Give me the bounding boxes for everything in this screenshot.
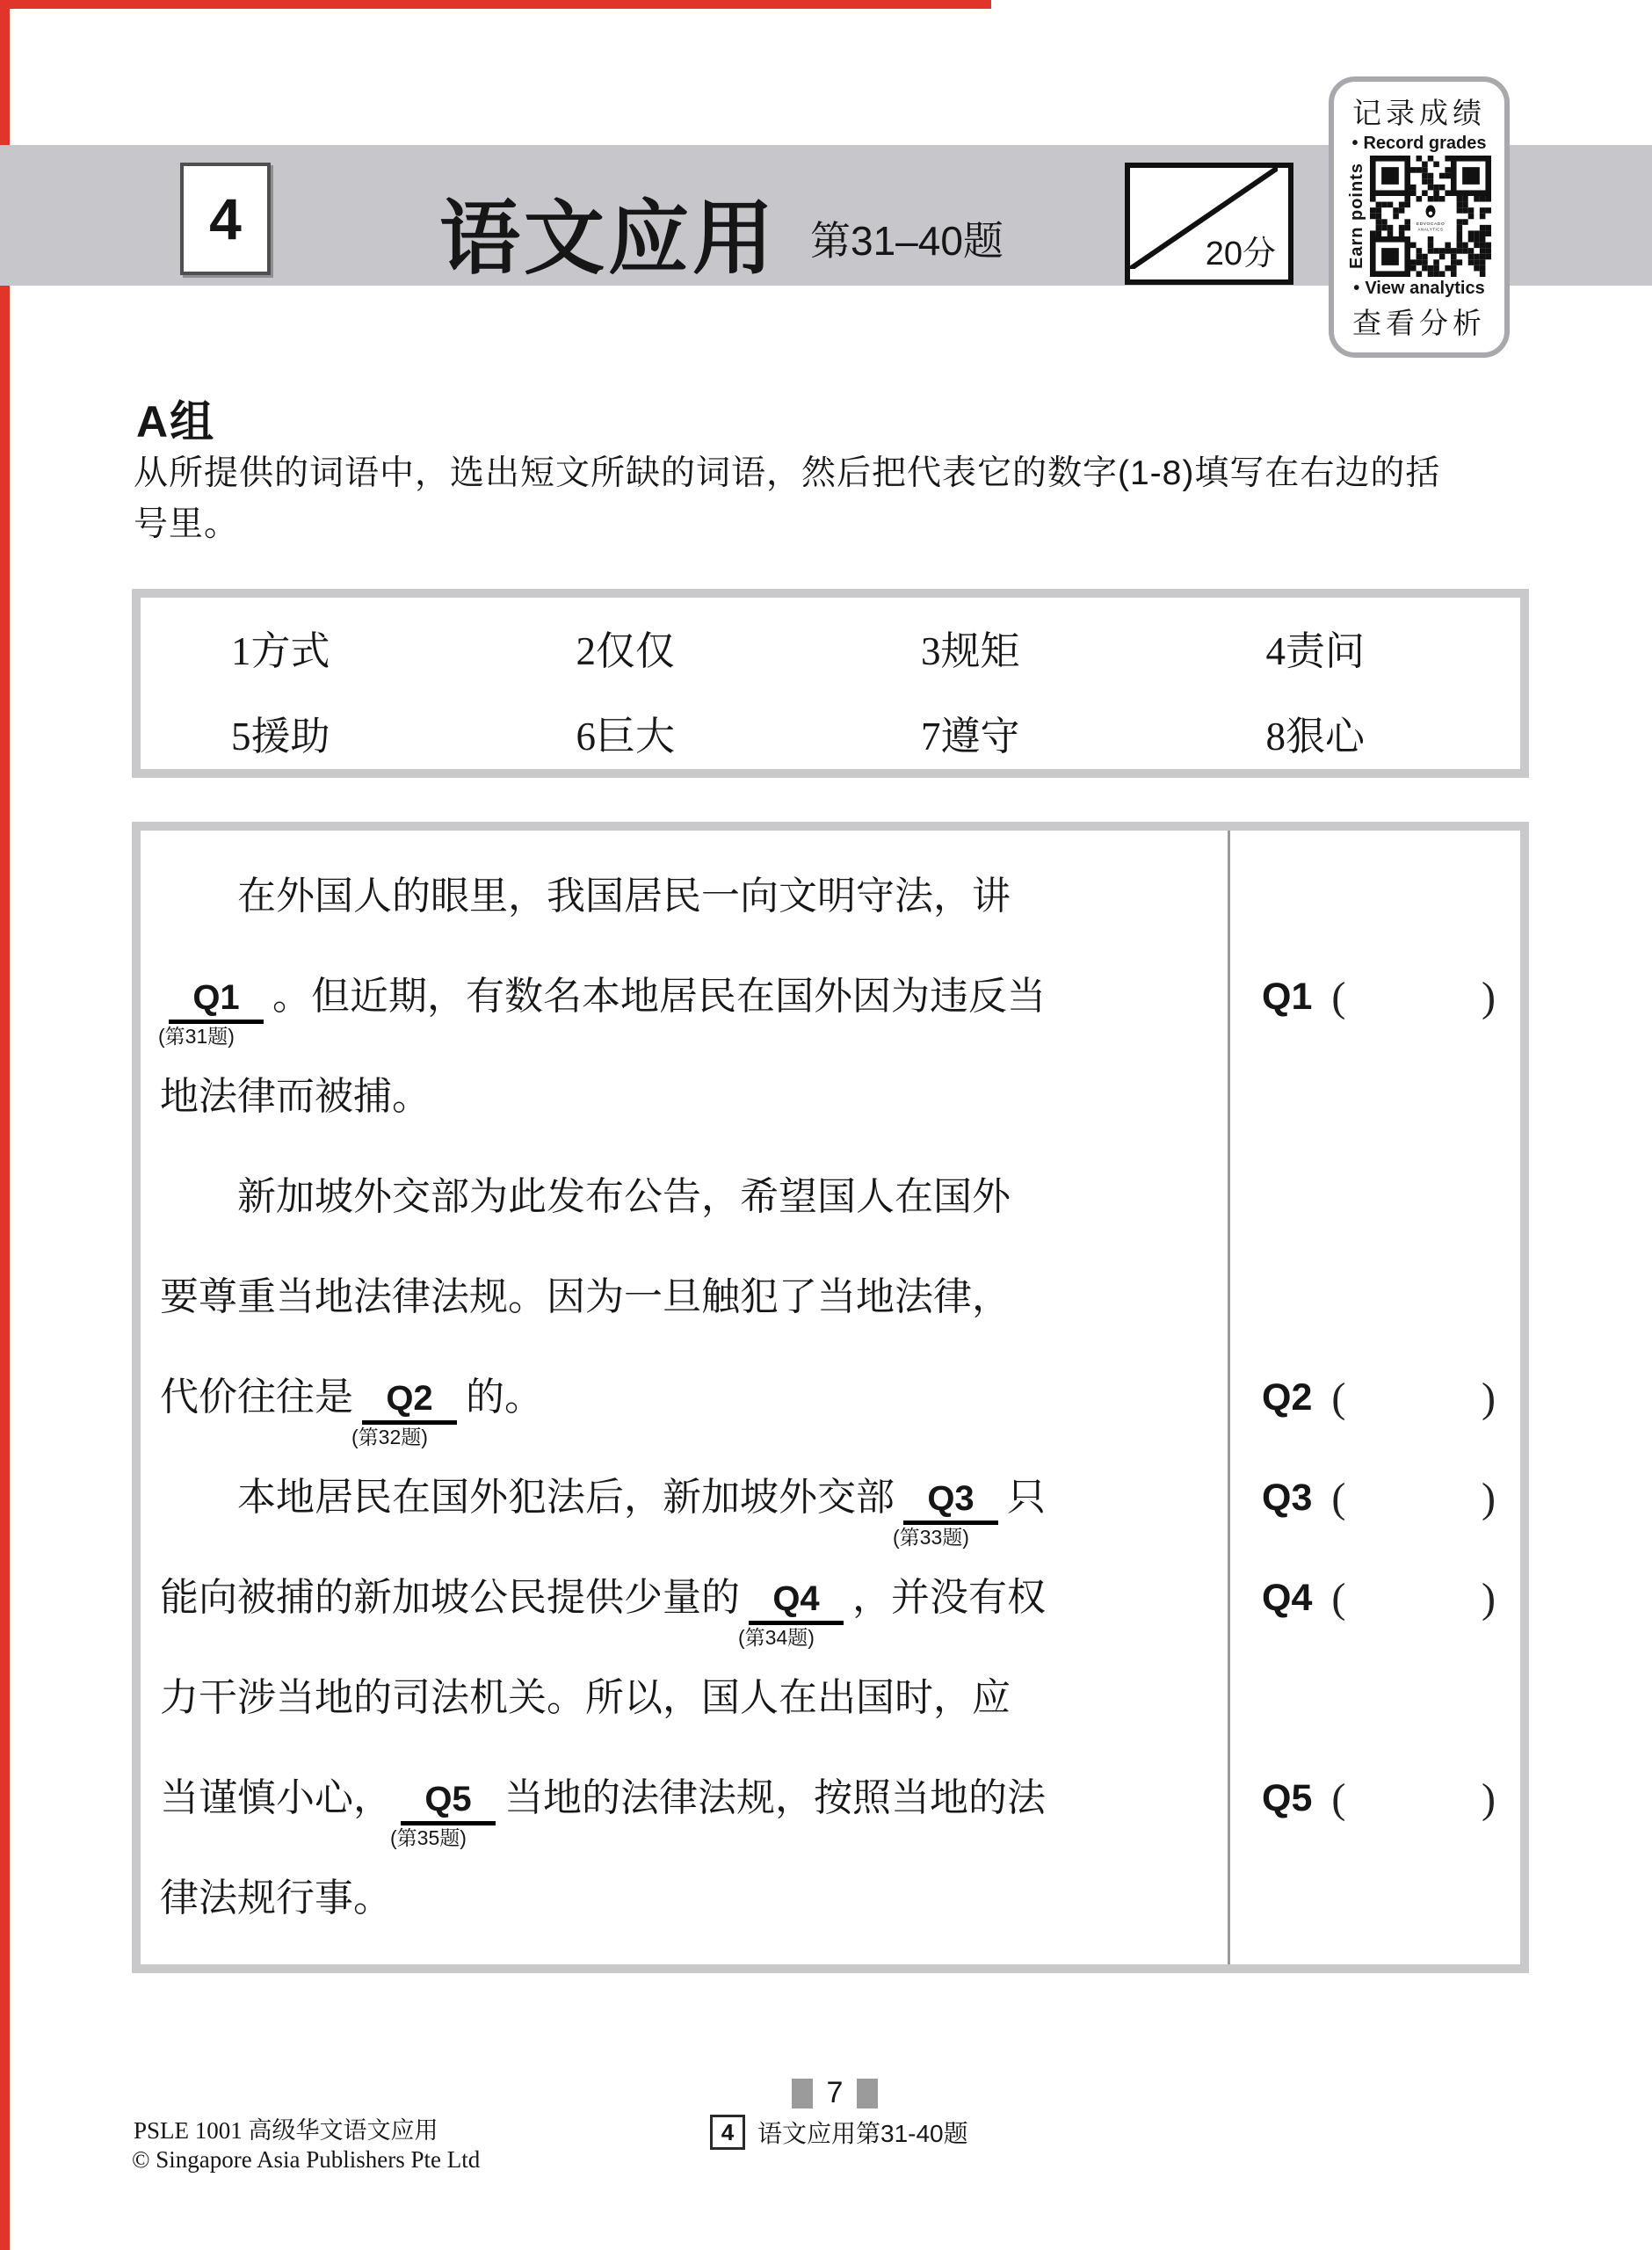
page-indicator-square-left [792, 2079, 813, 2108]
passage-text: ，并没有权 [852, 1576, 1046, 1619]
page-number: 7 [827, 2076, 844, 2110]
word-bank-box: 1方式2仅仅3规矩4责问5援助6巨大7遵守8狠心 [132, 589, 1529, 778]
passage-line-3: 地法律而被捕。 [160, 1047, 1228, 1147]
instructions-line-2: 号里。 [134, 499, 239, 550]
passage-text: 地法律而被捕。 [160, 1075, 431, 1118]
answer-paren-close: ) [1482, 1374, 1496, 1422]
blank-question-note: (第31题) [158, 1025, 235, 1048]
qr-middle-row: Earn points EDVOCADOANALYTICS [1347, 156, 1491, 277]
qr-bottom-cn: 查看分析 [1352, 301, 1486, 342]
passage-text: 只 [1007, 1476, 1046, 1519]
answer-paren-close: ) [1482, 1775, 1496, 1823]
answer-paren-open: ( [1331, 1775, 1345, 1823]
word-bank-item-1: 1方式 [141, 605, 486, 690]
qr-code-icon: EDVOCADOANALYTICS [1370, 156, 1491, 277]
page-title: 语文应用 [439, 174, 777, 290]
workbook-page: 4 语文应用 第31–40题 20分 记录成绩 •Record grades E… [0, 0, 1652, 2250]
passage-blank-q1: Q1(第31题) [169, 976, 264, 1024]
passage-text: 当地的法律法规，按照当地的法 [504, 1776, 1046, 1819]
passage-text: 能向被捕的新加坡公民提供少量的 [160, 1576, 740, 1619]
footer-book-title: PSLE 1001 高级华文语文应用 [134, 2111, 438, 2145]
passage-line-6: 代价往往是Q2(第32题)的。 [160, 1347, 1228, 1448]
section-label: A组 [136, 387, 215, 450]
passage-line-2: Q1(第31题)。但近期，有数名本地居民在国外因为违反当 [160, 947, 1228, 1047]
answer-paren-open: ( [1331, 973, 1345, 1021]
passage-line-5: 要尊重当地法律法规。因为一旦触犯了当地法律， [160, 1247, 1228, 1347]
passage-text: 新加坡外交部为此发布公告，希望国人在国外 [237, 1175, 1011, 1218]
word-bank-grid: 1方式2仅仅3规矩4责问5援助6巨大7遵守8狠心 [141, 598, 1520, 775]
answer-label: Q3 [1262, 1477, 1312, 1520]
passage-column: 在外国人的眼里，我国居民一向文明守法，讲Q1(第31题)。但近期，有数名本地居民… [141, 831, 1228, 1964]
passage-text: 律法规行事。 [160, 1876, 392, 1920]
answer-row-q4: Q4() [1230, 1548, 1520, 1648]
page-indicator-square-right [857, 2079, 878, 2108]
blank-question-note: (第32题) [351, 1426, 428, 1448]
passage-line-7: 本地居民在国外犯法后，新加坡外交部Q3(第33题)只 [160, 1448, 1228, 1548]
page-edge-red-left [0, 0, 10, 2250]
word-bank-item-3: 3规矩 [830, 605, 1176, 690]
answer-paren-close: ) [1482, 973, 1496, 1021]
answer-paren-close: ) [1482, 1574, 1496, 1622]
answer-row-q5: Q5() [1230, 1748, 1520, 1848]
passage-blank-q5: Q5(第35题) [401, 1777, 496, 1825]
svg-text:EDVOCADO: EDVOCADO [1417, 221, 1445, 227]
answer-paren-open: ( [1331, 1474, 1345, 1522]
word-bank-item-7: 7遵守 [830, 690, 1176, 775]
answer-paren-open: ( [1331, 1574, 1345, 1622]
footer-section-title: 语文应用第31-40题 [757, 2115, 968, 2150]
passage-text: 当谨慎小心， [160, 1776, 392, 1819]
answer-paren-close: ) [1482, 1474, 1496, 1522]
passage-blank-q3: Q3(第33题) [903, 1477, 998, 1525]
qr-badge: 记录成绩 •Record grades Earn points EDVOCADO… [1329, 76, 1510, 358]
answer-column: Q1()Q2()Q3()Q4()Q5() [1228, 831, 1520, 1964]
passage-text: 代价往往是 [160, 1375, 353, 1419]
passage-line-1: 在外国人的眼里，我国居民一向文明守法，讲 [160, 846, 1228, 947]
passage-text: 本地居民在国外犯法后，新加坡外交部 [237, 1476, 895, 1519]
qr-earn-points-label: Earn points [1347, 163, 1367, 269]
qr-view-analytics-label: •View analytics [1353, 279, 1484, 299]
answer-paren-open: ( [1331, 1374, 1345, 1422]
page-edge-red-top [0, 0, 991, 9]
answer-row-q2: Q2() [1230, 1347, 1520, 1448]
passage-text: 在外国人的眼里，我国居民一向文明守法，讲 [237, 875, 1011, 918]
passage-text: 要尊重当地法律法规。因为一旦触犯了当地法律， [160, 1275, 1011, 1318]
blank-question-note: (第34题) [738, 1626, 815, 1649]
unit-number: 4 [209, 185, 242, 252]
passage-box: 在外国人的眼里，我国居民一向文明守法，讲Q1(第31题)。但近期，有数名本地居民… [132, 822, 1529, 1973]
instructions-line-1: 从所提供的词语中，选出短文所缺的词语，然后把代表它的数字(1-8)填写在右边的括 [134, 448, 1440, 499]
qr-title-cn: 记录成绩 [1352, 91, 1486, 132]
question-range: 第31–40题 [810, 209, 1004, 267]
blank-question-note: (第33题) [893, 1526, 969, 1549]
word-bank-item-2: 2仅仅 [486, 605, 831, 690]
unit-number-box: 4 [180, 163, 271, 275]
bullet-icon: • [1351, 134, 1358, 153]
word-bank-item-8: 8狠心 [1176, 690, 1521, 775]
answer-label: Q1 [1262, 976, 1312, 1019]
footer-unit-number: 4 [721, 2119, 734, 2146]
word-bank-item-6: 6巨大 [486, 690, 831, 775]
blank-question-note: (第35题) [390, 1826, 467, 1849]
answer-label: Q5 [1262, 1777, 1312, 1820]
passage-line-10: 当谨慎小心，Q5(第35题)当地的法律法规，按照当地的法 [160, 1748, 1228, 1848]
passage-line-9: 力干涉当地的司法机关。所以，国人在出国时，应 [160, 1648, 1228, 1748]
score-label: 20分 [1206, 226, 1276, 274]
passage-line-11: 律法规行事。 [160, 1848, 1228, 1949]
footer-copyright: © Singapore Asia Publishers Pte Ltd [132, 2146, 480, 2174]
page-indicator: 7 [773, 2076, 896, 2110]
score-box: 20分 [1125, 163, 1293, 285]
answer-row-q3: Q3() [1230, 1448, 1520, 1548]
footer-section-reference: 4 语文应用第31-40题 [710, 2115, 968, 2150]
passage-blank-q2: Q2(第32题) [362, 1376, 457, 1425]
footer-unit-number-box: 4 [710, 2115, 745, 2150]
answer-label: Q2 [1262, 1376, 1312, 1419]
word-bank-item-5: 5援助 [141, 690, 486, 775]
passage-line-4: 新加坡外交部为此发布公告，希望国人在国外 [160, 1147, 1228, 1247]
bullet-icon: • [1353, 279, 1359, 298]
passage-text: 。但近期，有数名本地居民在国外因为违反当 [272, 975, 1046, 1018]
passage-blank-q4: Q4(第34题) [749, 1577, 844, 1625]
passage-text: 力干涉当地的司法机关。所以，国人在出国时，应 [160, 1676, 1011, 1719]
word-bank-item-4: 4责问 [1176, 605, 1521, 690]
passage-text: 的。 [466, 1375, 543, 1419]
answer-row-q1: Q1() [1230, 947, 1520, 1047]
answer-label: Q4 [1262, 1577, 1312, 1620]
svg-text:ANALYTICS: ANALYTICS [1418, 227, 1444, 231]
qr-record-grades-label: •Record grades [1351, 134, 1486, 154]
passage-line-8: 能向被捕的新加坡公民提供少量的Q4(第34题)，并没有权 [160, 1548, 1228, 1648]
